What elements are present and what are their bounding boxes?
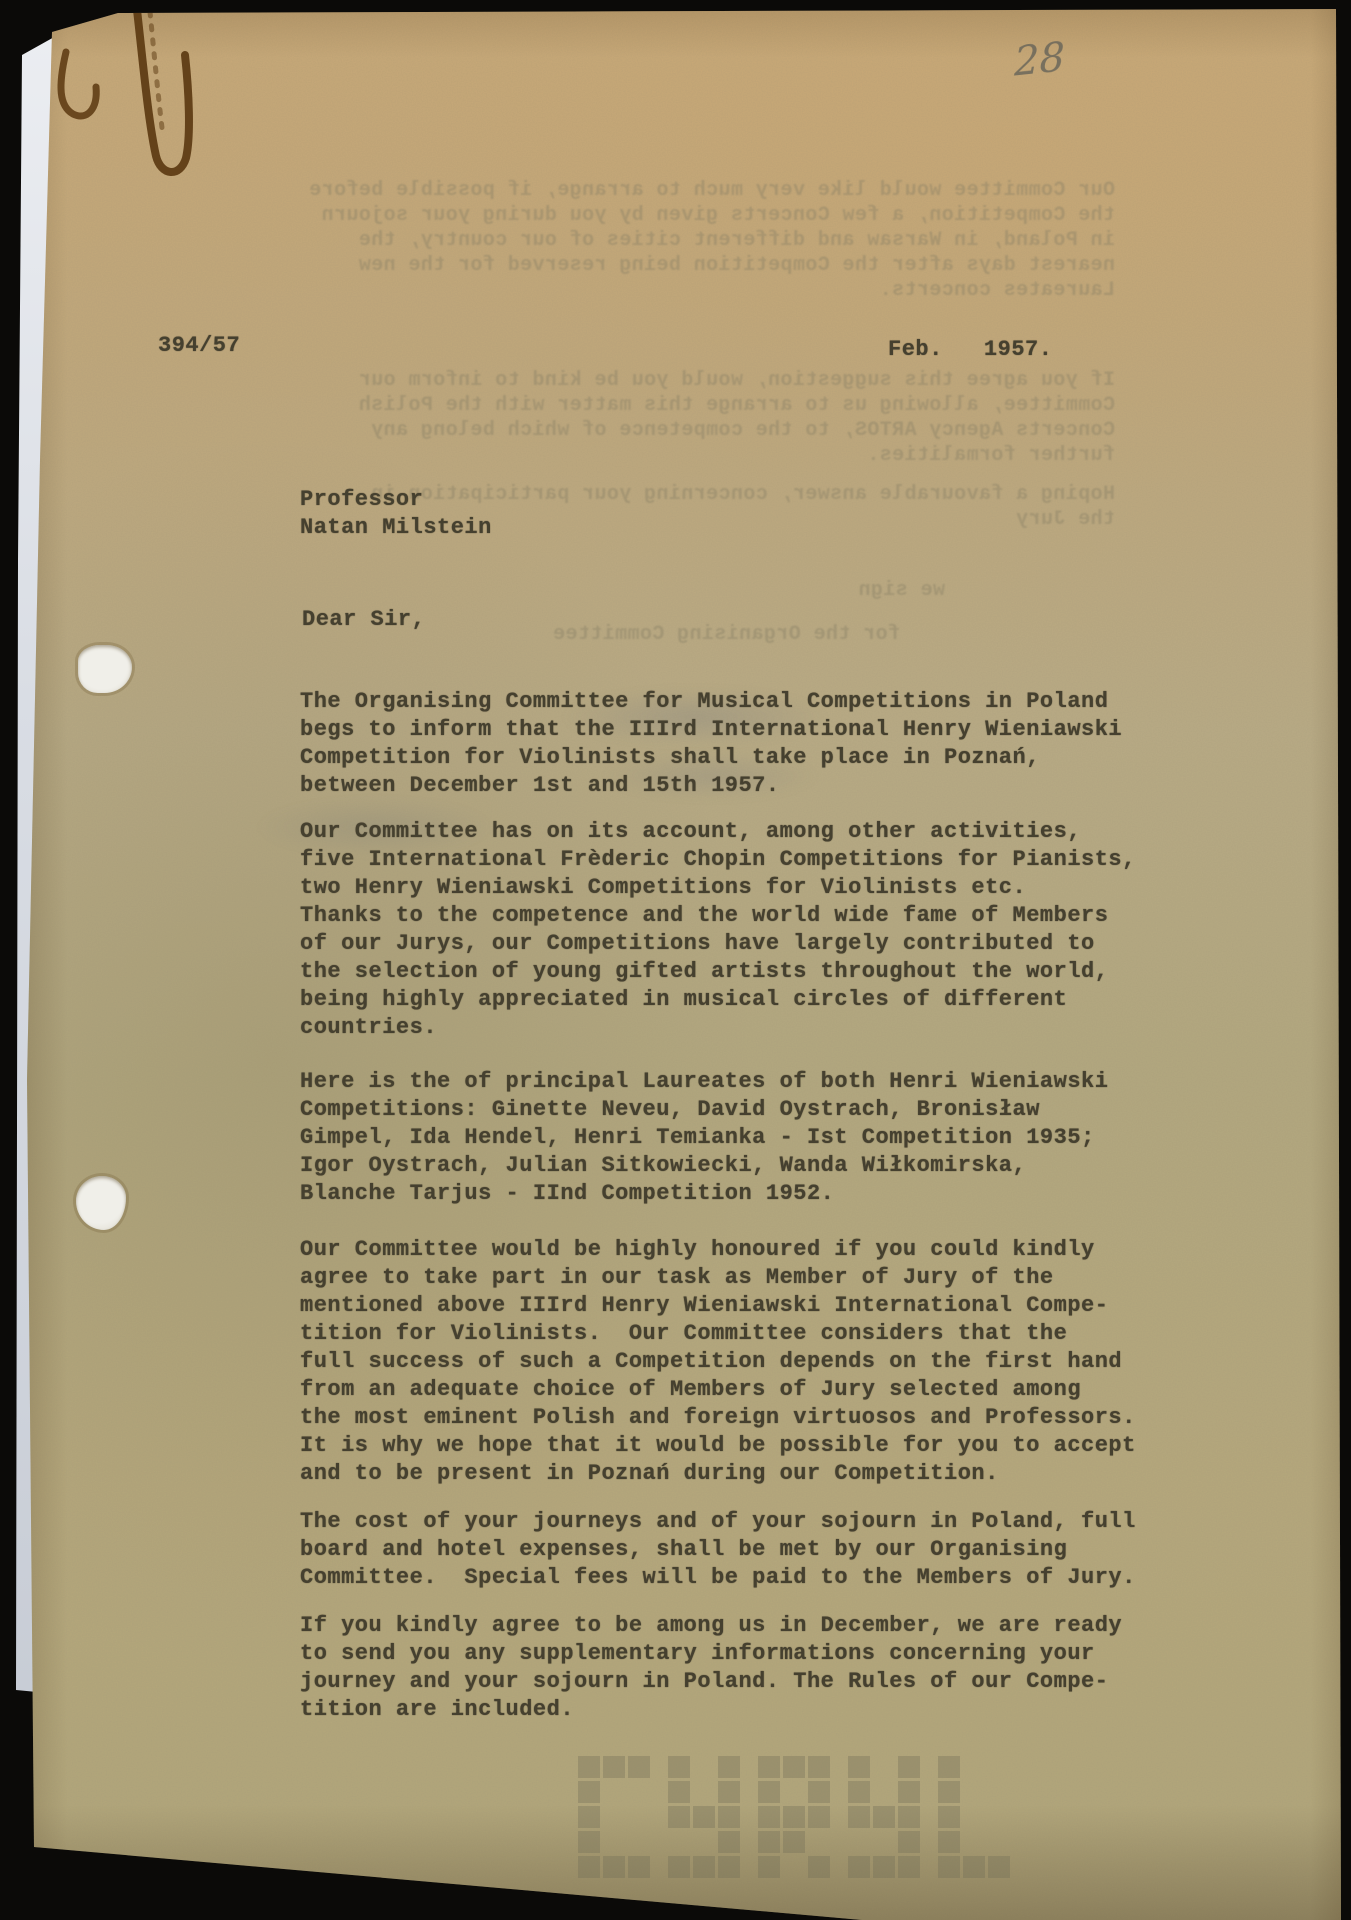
text-line: Thanks to the competence and the world w… [300,902,1136,930]
watermark-block [628,1756,650,1778]
bleed-through-block-3: Hoping a favourable answer, concerning y… [100,482,1115,532]
handwritten-page-number: 28 [1014,37,1065,83]
watermark-block [758,1756,780,1778]
watermark-block [848,1806,870,1828]
watermark-block [898,1806,920,1828]
text-line: countries. [300,1014,1136,1042]
watermark-block [808,1756,830,1778]
watermark-block [988,1856,1010,1878]
text-line: two Henry Wieniawski Competitions for Vi… [300,874,1136,902]
text-line: mentioned above IIIrd Henry Wieniawski I… [300,1292,1136,1320]
watermark-block [668,1806,690,1828]
paragraph-3: Here is the of principal Laureates of bo… [300,1068,1108,1208]
text-line: Committee, allowing us to arrange this m… [100,393,1115,418]
text-line: Blanche Tarjus - IInd Competition 1952. [300,1180,1108,1208]
text-line: tition are included. [300,1696,1122,1724]
bleed-through-block-2: If you agree this suggestion, would you … [100,368,1115,468]
letter-paper: Our Committee would like very much to ar… [0,0,1351,1920]
paragraph-4: Our Committee would be highly honoured i… [300,1236,1136,1488]
text-line: The Organising Committee for Musical Com… [300,688,1122,716]
text-line: begs to inform that the IIIrd Internatio… [300,716,1122,744]
text-line: board and hotel expenses, shall be met b… [300,1536,1136,1564]
watermark-block [848,1781,870,1803]
text-line: to send you any supplementary informatio… [300,1640,1122,1668]
watermark-block [783,1831,805,1853]
text-line: the most eminent Polish and foreign virt… [300,1404,1136,1432]
watermark-block [808,1806,830,1828]
watermark-block [873,1806,895,1828]
watermark-block [603,1756,625,1778]
watermark-block [693,1806,715,1828]
text-line: Professor [300,486,492,514]
text-line: agree to take part in our task as Member… [300,1264,1136,1292]
paragraph-1: The Organising Committee for Musical Com… [300,688,1122,800]
text-line: If you kindly agree to be among us in De… [300,1612,1122,1640]
watermark-block [848,1756,870,1778]
paragraph-5: The cost of your journeys and of your so… [300,1508,1136,1592]
watermark-block [578,1856,600,1878]
watermark-block [898,1831,920,1853]
watermark-block [938,1831,960,1853]
watermark-block [758,1781,780,1803]
watermark-block [668,1856,690,1878]
text-line: It is why we hope that it would be possi… [300,1432,1136,1460]
text-line: between December 1st and 15th 1957. [300,772,1122,800]
watermark-block [898,1781,920,1803]
watermark-block [578,1756,600,1778]
cyryl-archive-watermark [578,1756,1010,1878]
text-line: Laureates concerts. [100,278,1115,303]
watermark-block [693,1856,715,1878]
text-line: from an adequate choice of Members of Ju… [300,1376,1136,1404]
text-line: tition for Violinists. Our Committee con… [300,1320,1136,1348]
salutation: Dear Sir, [302,606,425,634]
watermark-block [938,1781,960,1803]
watermark-block [873,1856,895,1878]
text-line: Hoping a favourable answer, concerning y… [100,482,1115,507]
text-line: further formalities. [100,443,1115,468]
text-line: Our Committee would like very much to ar… [100,178,1115,203]
bleed-through-we-sign: we sign [100,578,1115,603]
watermark-block [848,1856,870,1878]
watermark-block [758,1856,780,1878]
text-line: the Jury [100,507,1115,532]
text-line: we sign [100,578,1115,603]
text-line: Igor Oystrach, Julian Sitkowiecki, Wanda… [300,1152,1108,1180]
watermark-letter-y [668,1756,740,1878]
text-line: of our Jurys, our Competitions have larg… [300,930,1136,958]
punch-hole-bottom [76,1176,126,1230]
text-line: journey and your sojourn in Poland. The … [300,1668,1122,1696]
text-line: Here is the of principal Laureates of bo… [300,1068,1108,1096]
reference-number: 394/57 [158,332,240,360]
watermark-block [628,1856,650,1878]
text-line: and to be present in Poznań during our C… [300,1460,1136,1488]
text-line: Competitions: Ginette Neveu, David Oystr… [300,1096,1108,1124]
watermark-letter-r [758,1756,830,1878]
watermark-letter-y [848,1756,920,1878]
watermark-block [808,1856,830,1878]
date: Feb. 1957. [888,336,1052,364]
text-line: Competition for Violinists shall take pl… [300,744,1122,772]
watermark-block [578,1806,600,1828]
watermark-block [808,1781,830,1803]
bleed-through-block-1: Our Committee would like very much to ar… [100,178,1115,303]
paragraph-6: If you kindly agree to be among us in De… [300,1612,1122,1724]
scanned-letter-scan: Our Committee would like very much to ar… [0,0,1351,1920]
text-line: The cost of your journeys and of your so… [300,1508,1136,1536]
watermark-block [938,1856,960,1878]
watermark-block [938,1806,960,1828]
text-line: the selection of young gifted artists th… [300,958,1136,986]
paragraph-2: Our Committee has on its account, among … [300,818,1136,1042]
text-line: five International Frèderic Chopin Compe… [300,846,1136,874]
watermark-block [963,1856,985,1878]
watermark-block [938,1756,960,1778]
watermark-block [718,1756,740,1778]
text-line: If you agree this suggestion, would you … [100,368,1115,393]
bleed-through-for-committee: for the Organising Committee [100,622,1115,647]
text-line: Our Committee would be highly honoured i… [300,1236,1136,1264]
watermark-block [578,1831,600,1853]
watermark-block [758,1831,780,1853]
watermark-block [783,1756,805,1778]
text-line: Our Committee has on its account, among … [300,818,1136,846]
watermark-block [718,1806,740,1828]
text-line: Committee. Special fees will be paid to … [300,1564,1136,1592]
text-line: nearest days after the Competition being… [100,253,1115,278]
watermark-letter-c [578,1756,650,1878]
watermark-block [668,1781,690,1803]
watermark-letter-l [938,1756,1010,1878]
punch-hole-top [78,645,132,693]
watermark-block [898,1856,920,1878]
watermark-block [718,1856,740,1878]
watermark-block [758,1806,780,1828]
recipient-block: ProfessorNatan Milstein [300,486,492,542]
text-line: being highly appreciated in musical circ… [300,986,1136,1014]
watermark-block [668,1756,690,1778]
text-line: for the Organising Committee [100,622,1115,647]
watermark-block [898,1756,920,1778]
watermark-block [718,1781,740,1803]
watermark-block [783,1806,805,1828]
text-line: Natan Milstein [300,514,492,542]
watermark-block [718,1831,740,1853]
text-line: Concerts Agency ARTOS, to the competence… [100,418,1115,443]
text-line: Gimpel, Ida Hendel, Henri Temianka - Ist… [300,1124,1108,1152]
text-line: the Competition, a few Concerts given by… [100,203,1115,228]
text-line: full success of such a Competition depen… [300,1348,1136,1376]
text-line: in Poland, in Warsaw and different citie… [100,228,1115,253]
watermark-block [578,1781,600,1803]
watermark-block [603,1856,625,1878]
